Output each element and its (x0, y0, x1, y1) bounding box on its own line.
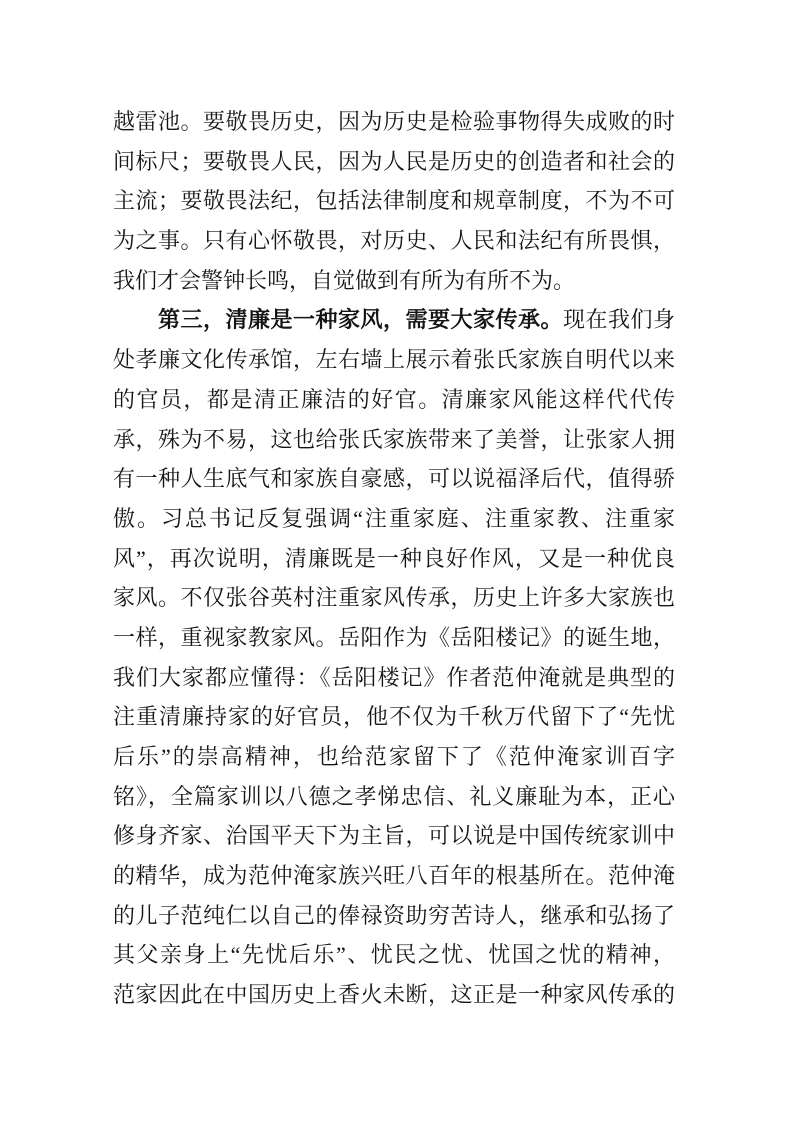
text-line: 其父亲身上“先忧后乐”、忧民之忧、忧国之忧的精神， (113, 935, 675, 975)
text-line: 主流；要敬畏法纪，包括法律制度和规章制度，不为不可 (113, 181, 675, 221)
line-text: 风”，再次说明，清廉既是一种良好作风，又是一种优良 (113, 546, 675, 571)
text-line: 家风。不仅张谷英村注重家风传承，历史上许多大家族也 (113, 578, 675, 618)
line-text: 间标尺；要敬畏人民，因为人民是历史的创造者和社会的 (113, 149, 675, 174)
line-text: 处孝廉文化传承馆，左右墙上展示着张氏家族自明代以来 (113, 347, 675, 372)
text-line: 我们大家都应懂得：《岳阳楼记》作者范仲淹就是典型的 (113, 658, 675, 698)
line-text: 后乐”的崇高精神，也给范家留下了《范仲淹家训百字 (113, 744, 675, 769)
line-text: 有一种人生底气和家族自豪感，可以说福泽后代，值得骄 (113, 466, 675, 491)
text-line: 越雷池。要敬畏历史，因为历史是检验事物得失成败的时 (113, 102, 675, 142)
text-line: 间标尺；要敬畏人民，因为人民是历史的创造者和社会的 (113, 142, 675, 182)
text-line: 承，殊为不易，这也给张氏家族带来了美誉，让张家人拥 (113, 420, 675, 460)
text-line: 铭》，全篇家训以八德之孝悌忠信、礼义廉耻为本，正心 (113, 777, 675, 817)
text-line: 傲。习总书记反复强调“注重家庭、注重家教、注重家 (113, 499, 675, 539)
line-text: 越雷池。要敬畏历史，因为历史是检验事物得失成败的时 (113, 109, 675, 134)
text-line: 有一种人生底气和家族自豪感，可以说福泽后代，值得骄 (113, 459, 675, 499)
text-line: 第三，清廉是一种家风，需要大家传承。现在我们身 (113, 300, 675, 340)
line-text: 的精华，成为范仲淹家族兴旺八百年的根基所在。范仲淹 (113, 863, 675, 888)
text-line: 修身齐家、治国平天下为主旨，可以说是中国传统家训中 (113, 816, 675, 856)
line-text: 的儿子范纯仁以自己的俸禄资助穷苦诗人，继承和弘扬了 (113, 903, 675, 928)
line-text: 家风。不仅张谷英村注重家风传承，历史上许多大家族也 (113, 585, 675, 610)
text-line: 的官员，都是清正廉洁的好官。清廉家风能这样代代传 (113, 380, 675, 420)
text-line: 风”，再次说明，清廉既是一种良好作风，又是一种优良 (113, 539, 675, 579)
paragraph-lead-bold: 第三，清廉是一种家风，需要大家传承。 (158, 307, 563, 332)
line-text: 傲。习总书记反复强调“注重家庭、注重家教、注重家 (113, 506, 675, 531)
line-text: 我们才会警钟长鸣，自觉做到有所为有所不为。 (113, 268, 575, 293)
line-text: 现在我们身 (563, 307, 675, 332)
text-line: 范家因此在中国历史上香火未断，这正是一种家风传承的 (113, 975, 675, 1015)
line-text: 为之事。只有心怀敬畏，对历史、人民和法纪有所畏惧， (113, 228, 675, 253)
line-text: 修身齐家、治国平天下为主旨，可以说是中国传统家训中 (113, 823, 675, 848)
text-line: 后乐”的崇高精神，也给范家留下了《范仲淹家训百字 (113, 737, 675, 777)
line-text: 我们大家都应懂得：《岳阳楼记》作者范仲淹就是典型的 (113, 665, 675, 690)
line-text: 注重清廉持家的好官员，他不仅为千秋万代留下了“先忧 (113, 704, 675, 729)
line-text: 范家因此在中国历史上香火未断，这正是一种家风传承的 (113, 982, 675, 1007)
line-text: 一样，重视家教家风。岳阳作为《岳阳楼记》的诞生地， (113, 625, 675, 650)
line-text: 的官员，都是清正廉洁的好官。清廉家风能这样代代传 (113, 387, 675, 412)
text-line: 的精华，成为范仲淹家族兴旺八百年的根基所在。范仲淹 (113, 856, 675, 896)
line-text: 其父亲身上“先忧后乐”、忧民之忧、忧国之忧的精神， (113, 942, 675, 967)
line-text: 承，殊为不易，这也给张氏家族带来了美誉，让张家人拥 (113, 427, 675, 452)
text-line: 的儿子范纯仁以自己的俸禄资助穷苦诗人，继承和弘扬了 (113, 896, 675, 936)
text-line: 为之事。只有心怀敬畏，对历史、人民和法纪有所畏惧， (113, 221, 675, 261)
line-text: 主流；要敬畏法纪，包括法律制度和规章制度，不为不可 (113, 188, 675, 213)
text-line: 注重清廉持家的好官员，他不仅为千秋万代留下了“先忧 (113, 697, 675, 737)
document-text-block: 越雷池。要敬畏历史，因为历史是检验事物得失成败的时间标尺；要敬畏人民，因为人民是… (113, 102, 675, 1015)
text-line: 我们才会警钟长鸣，自觉做到有所为有所不为。 (113, 261, 675, 301)
line-text: 铭》，全篇家训以八德之孝悌忠信、礼义廉耻为本，正心 (113, 784, 675, 809)
text-line: 处孝廉文化传承馆，左右墙上展示着张氏家族自明代以来 (113, 340, 675, 380)
text-line: 一样，重视家教家风。岳阳作为《岳阳楼记》的诞生地， (113, 618, 675, 658)
document-page: 越雷池。要敬畏历史，因为历史是检验事物得失成败的时间标尺；要敬畏人民，因为人民是… (0, 0, 793, 1122)
